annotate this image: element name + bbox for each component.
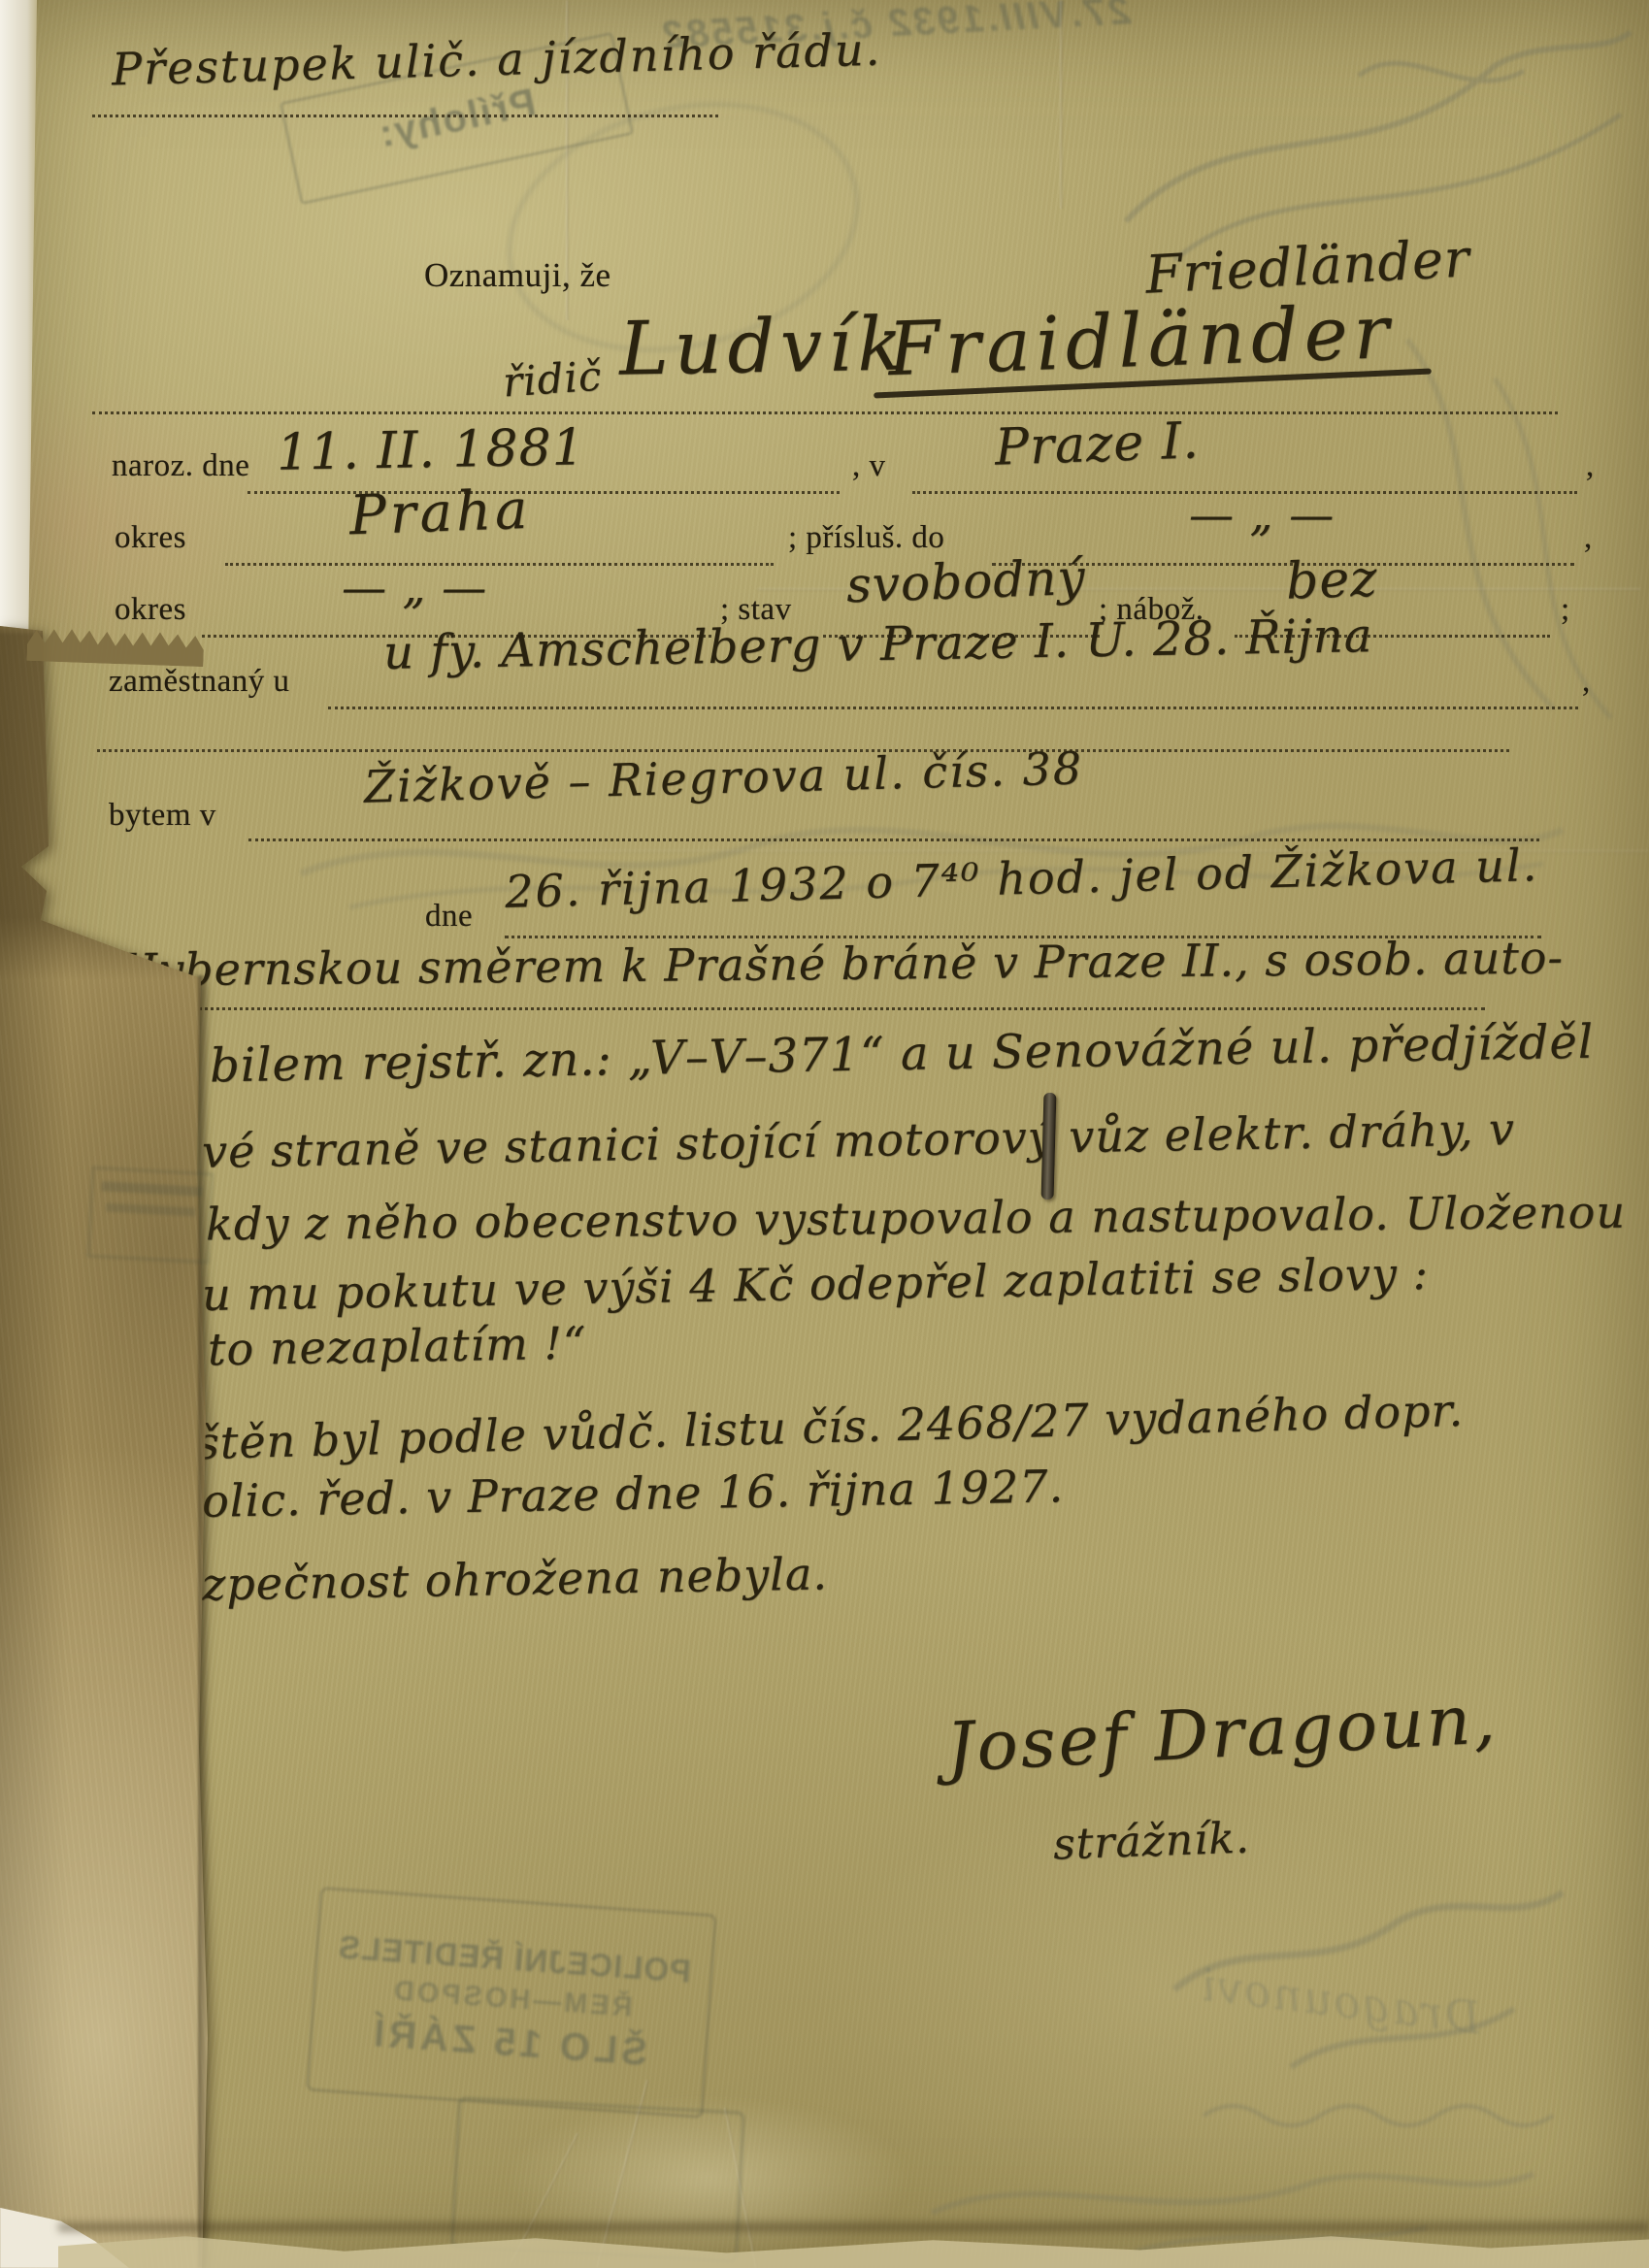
dotted-rule — [92, 115, 718, 117]
residence-label: bytem v — [109, 798, 216, 834]
employer-trail: , — [1582, 664, 1591, 700]
body-line: Hybernskou směrem k Prašné bráně v Praze… — [118, 932, 1564, 997]
intro-label: Oznamuji, že — [424, 256, 611, 295]
bleed-stamp-attachments-label: Přílohy: — [374, 81, 540, 156]
signature-title: strážník. — [1052, 1813, 1250, 1869]
name-first: Ludvík — [618, 300, 908, 391]
incident-label: dne — [425, 899, 473, 935]
bleed-police-stamp: POLICEJNÍ ŘEDITELS ŘEM—HOSPOD ŠLO 15 ZÁŘ… — [306, 1887, 717, 2119]
overlay-perforated-edge — [26, 624, 204, 667]
signature-name: Josef Dragoun, — [944, 1679, 1500, 1788]
body-line: bilem rejstř. zn.: „V–V–371“ a u Senováž… — [210, 1015, 1595, 1094]
body-line: vé straně ve stanici stojící motorový vů… — [202, 1102, 1516, 1178]
district2-value: — „ — — [342, 561, 487, 613]
dotted-rule — [247, 491, 840, 494]
dotted-rule — [92, 411, 1558, 414]
police-stamp-line1: POLICEJNÍ ŘEDITELS — [337, 1928, 692, 1989]
dotted-rule — [163, 1007, 1485, 1010]
dotted-rule — [225, 563, 774, 566]
body-line: kdy z něho obecenstvo vystupovalo a nast… — [206, 1186, 1626, 1251]
body-line: zpečnost ohrožena nebyla. — [202, 1547, 829, 1610]
subject-note: Přestupek ulič. a jízdního řádu. — [111, 23, 881, 96]
employer-label: zaměstnaný u — [109, 664, 290, 700]
employer-value: u fy. Amschelberg v Praze I. U. 28. Řijn… — [383, 608, 1373, 680]
district2-religion: bez — [1285, 549, 1379, 610]
paper-bottom-shadow — [58, 2222, 1649, 2232]
body-line: olic. řed. v Praze dne 16. řijna 1927. — [202, 1460, 1065, 1527]
overlay-bleed-stamp — [87, 1167, 214, 1264]
district1-value2: — „ — — [1189, 488, 1335, 541]
born-place-value: Praze I. — [994, 411, 1201, 477]
pencil-scribble — [1378, 320, 1640, 738]
overlay-bleed-smudge — [101, 1181, 202, 1196]
district1-label: okres — [115, 520, 186, 556]
district1-value: Praha — [348, 478, 532, 547]
body-line: u mu pokutu ve výši 4 Kč odepřel zaplati… — [202, 1247, 1430, 1321]
body-line: štěn byl podle vůdč. listu čís. 2468/27 … — [196, 1384, 1465, 1469]
born-label: naroz. dne — [112, 448, 249, 484]
born-trail: , — [1586, 448, 1595, 484]
district1-trail: , — [1584, 520, 1593, 556]
born-sep: , v — [852, 448, 886, 484]
overlay-bleed-smudge — [106, 1203, 195, 1217]
fold-crease — [1060, 0, 1063, 209]
district2-trail: ; — [1561, 592, 1570, 628]
dotted-rule — [248, 838, 1539, 841]
body-line: to nezaplatím !“ — [208, 1317, 587, 1376]
scanner-edge-strip — [0, 0, 39, 660]
bleed-stamp-outline — [450, 2096, 745, 2262]
dotted-rule — [328, 707, 1578, 709]
staple — [1041, 1093, 1057, 1200]
scanned-document: 27.VIII.1932 č.j.315582 Přílohy: Dragoun… — [0, 0, 1649, 2268]
district2-status: svobodný — [845, 549, 1086, 614]
overlay-edge-shadow — [198, 975, 210, 2268]
born-date-value: 11. II. 1881 — [277, 418, 586, 482]
district2-label: okres — [115, 592, 186, 628]
name-prefix: řidič — [501, 351, 604, 406]
district1-sep: ; přísluš. do — [788, 520, 944, 556]
